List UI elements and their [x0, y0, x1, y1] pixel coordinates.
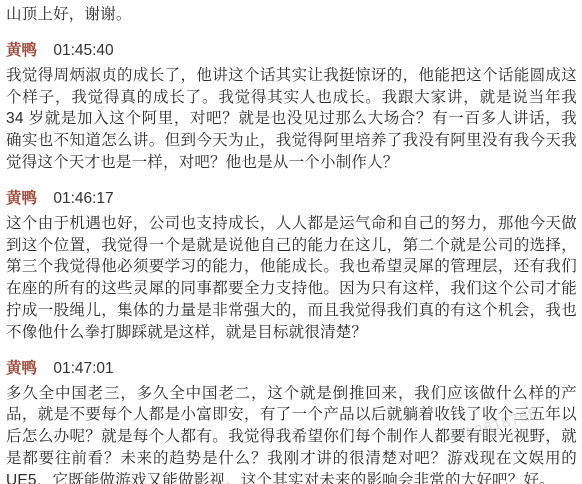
transcript-entry: 黄鸭 01:45:40 我觉得周炳淑贞的成长了，他讲这个话其实让我挺惊讶的，他能…: [6, 42, 577, 174]
transcript-page: 山顶上好，谢谢。 黄鸭 01:45:40 我觉得周炳淑贞的成长了，他讲这个话其实…: [0, 0, 582, 484]
speaker-line: 黄鸭 01:45:40: [6, 42, 577, 60]
transcript-entry: 黄鸭 01:46:17 这个由于机遇也好，公司也支持成长，人人都是运气命和自己的…: [6, 190, 577, 344]
speaker-line: 黄鸭 01:46:17: [6, 190, 577, 208]
leading-continuation-text: 山顶上好，谢谢。: [6, 4, 577, 26]
speaker-name: 黄鸭: [6, 42, 37, 59]
entry-text: 我觉得周炳淑贞的成长了，他讲这个话其实让我挺惊讶的，他能把这个话能圆成这个样子，…: [6, 65, 577, 174]
timestamp: 01:45:40: [53, 42, 113, 59]
timestamp: 01:46:17: [53, 190, 113, 207]
entry-text: 这个由于机遇也好，公司也支持成长，人人都是运气命和自己的努力，那他今天做到这个位…: [6, 213, 577, 344]
speaker-name: 黄鸭: [6, 190, 37, 207]
timestamp: 01:47:01: [53, 360, 113, 377]
entry-text: 多久全中国老三，多久全中国老二，这个就是倒推回来，我们应该做什么样的产品，就是不…: [6, 383, 577, 484]
speaker-line: 黄鸭 01:47:01: [6, 360, 577, 378]
speaker-name: 黄鸭: [6, 360, 37, 377]
transcript-entry: 黄鸭 01:47:01 多久全中国老三，多久全中国老二，这个就是倒推回来，我们应…: [6, 360, 577, 484]
